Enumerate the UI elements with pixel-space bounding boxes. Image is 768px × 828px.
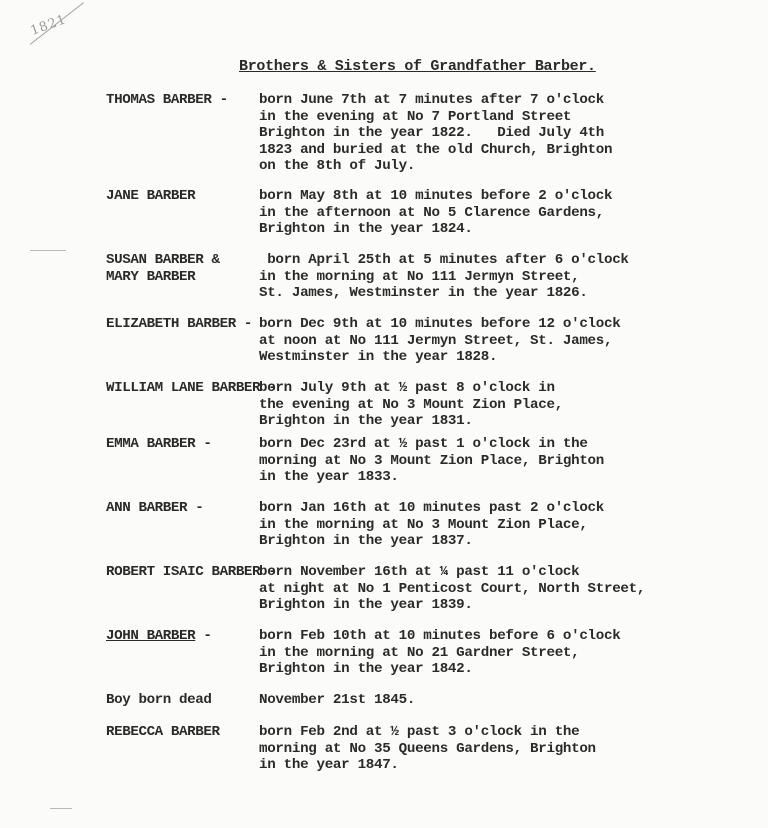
sibling-name: ANN BARBER - <box>106 500 203 517</box>
sibling-birth-details: born May 8th at 10 minutes before 2 o'cl… <box>259 188 612 238</box>
page-title: Brothers & Sisters of Grandfather Barber… <box>239 58 596 75</box>
sibling-birth-details: born Feb 10th at 10 minutes before 6 o'c… <box>259 628 620 678</box>
sibling-name: Boy born dead <box>106 692 211 709</box>
sibling-birth-details: born Feb 2nd at ½ past 3 o'clock in the … <box>259 724 596 774</box>
sibling-name: REBECCA BARBER <box>106 724 220 741</box>
sibling-name: JANE BARBER <box>106 188 195 205</box>
sibling-birth-details: born Dec 23rd at ½ past 1 o'clock in the… <box>259 436 604 486</box>
sibling-birth-details: born Dec 9th at 10 minutes before 12 o'c… <box>259 316 620 366</box>
sibling-name: THOMAS BARBER - <box>106 92 228 109</box>
sibling-birth-details: born June 7th at 7 minutes after 7 o'clo… <box>259 92 612 175</box>
sibling-name: JOHN BARBER - <box>106 628 212 645</box>
margin-mark <box>50 808 72 809</box>
sibling-name: SUSAN BARBER & MARY BARBER <box>106 252 220 285</box>
margin-mark <box>30 250 66 251</box>
document-page: 1821 Brothers & Sisters of Grandfather B… <box>0 0 768 828</box>
sibling-birth-details: born Jan 16th at 10 minutes past 2 o'clo… <box>259 500 604 550</box>
sibling-birth-details: born April 25th at 5 minutes after 6 o'c… <box>259 252 629 302</box>
sibling-name: WILLIAM LANE BARBER - <box>106 380 276 397</box>
sibling-name: ELIZABETH BARBER - <box>106 316 252 333</box>
sibling-name: EMMA BARBER - <box>106 436 211 453</box>
sibling-name: ROBERT ISAIC BARBER - <box>106 564 276 581</box>
sibling-birth-details: born November 16th at ¼ past 11 o'clock … <box>259 564 645 614</box>
handwritten-note: 1821 <box>29 12 69 39</box>
sibling-birth-details: born July 9th at ½ past 8 o'clock in the… <box>259 380 563 430</box>
sibling-birth-details: November 21st 1845. <box>259 692 415 709</box>
